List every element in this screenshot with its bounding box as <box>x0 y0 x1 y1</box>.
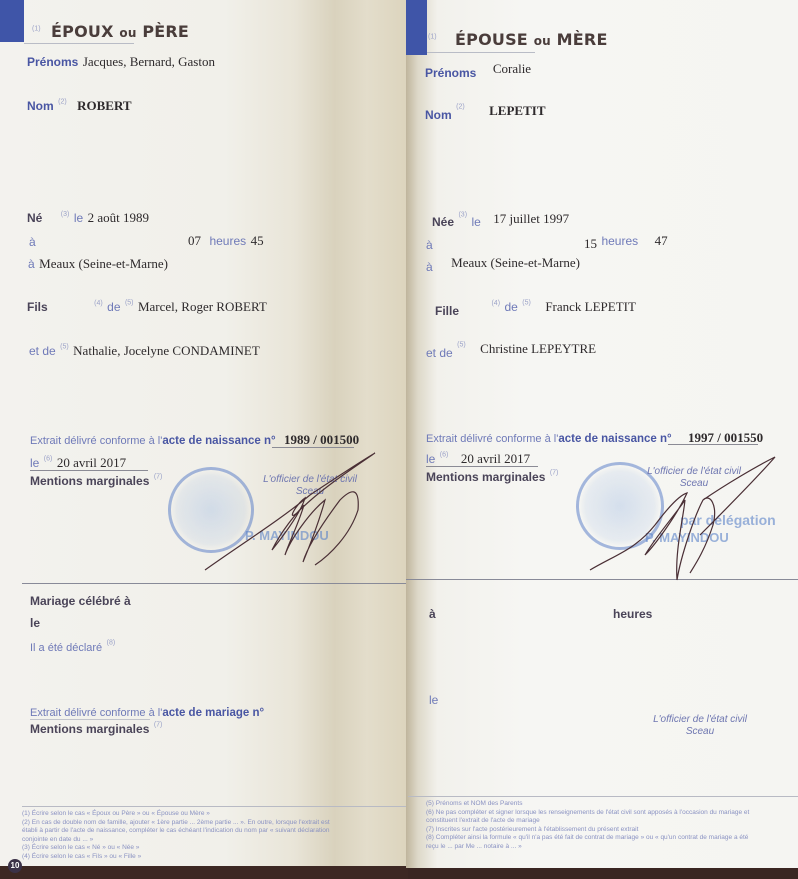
footnote-ref: (7) <box>154 722 163 729</box>
nom-value: LEPETIT <box>489 103 545 118</box>
footnote-ref: (3) <box>458 212 467 219</box>
a-label: à <box>28 257 35 271</box>
heading-alt: MÈRE <box>557 30 608 49</box>
epoux-heure: 07 heures 45 <box>188 232 264 250</box>
footnotes-left: (1) Écrire selon le cas « Époux ou Père … <box>22 810 330 861</box>
footnote: (3) Écrire selon le cas « Né » ou « Née … <box>22 844 330 853</box>
footnote: (1) Écrire selon le cas « Époux ou Père … <box>22 810 330 819</box>
title-rule <box>24 43 134 44</box>
epoux-lieu: à Meaux (Seine-et-Marne) <box>28 255 168 273</box>
nom-label: Nom <box>425 108 452 122</box>
heading-ou: ou <box>119 26 136 40</box>
birth-hour: 07 <box>188 233 201 248</box>
mariage-a-label: à <box>429 607 436 621</box>
footnote-ref: (1) <box>32 26 41 33</box>
acte-numero-underline <box>272 447 354 448</box>
heures-label: heures <box>209 234 246 248</box>
ne-label: Née <box>432 215 454 229</box>
acte-label: acte de naissance n° <box>162 435 275 447</box>
footnote-ref: (7) <box>154 474 163 481</box>
et-de-label: et de <box>426 346 453 360</box>
footnote-ref: (7) <box>550 470 559 477</box>
epoux-mentions: Mentions marginales (7) <box>30 472 162 490</box>
mariage-officer-block: L'officier de l'état civil Sceau <box>640 714 760 738</box>
mentions-label: Mentions marginales <box>30 722 149 736</box>
sceau-label: Sceau <box>640 726 760 738</box>
father-name: Franck LEPETIT <box>545 299 636 314</box>
de-label: de <box>107 300 120 314</box>
le-label: le <box>471 215 480 229</box>
mentions-label: Mentions marginales <box>426 470 545 484</box>
le-label: le <box>426 452 435 466</box>
mariage-mentions: Mentions marginales (7) <box>30 720 162 738</box>
acte-numero: 1997 / 001550 <box>688 430 763 445</box>
footnote: (5) Prénoms et NOM des Parents <box>426 800 749 809</box>
filiation-label: Fils <box>27 300 48 314</box>
officer-label: L'officier de l'état civil <box>640 714 760 726</box>
footnote-ref: (4) <box>491 300 500 307</box>
footnote-ref: (2) <box>456 104 465 111</box>
a-label: à <box>29 235 36 249</box>
epouse-heading: (1) ÉPOUSE ou MÈRE <box>428 30 608 50</box>
a-label: à <box>426 260 433 274</box>
mother-name: Nathalie, Jocelyne CONDAMINET <box>73 343 260 358</box>
acte-numero: 1989 / 001500 <box>284 432 359 447</box>
footnote: reçu le ... par Me ... notaire à ... » <box>426 843 749 852</box>
page-number: 10 <box>8 859 22 873</box>
footnote-ref: (6) <box>44 456 53 463</box>
footnote-ref: (4) <box>94 300 103 307</box>
epouse-filiation: Fille (4) de (5) Franck LEPETIT <box>435 298 636 318</box>
footnote-ref: (5) <box>522 300 531 307</box>
footnote: (7) Inscrites sur l'acte postérieurement… <box>426 826 749 835</box>
birth-place: Meaux (Seine-et-Marne) <box>39 256 168 271</box>
filiation-label: Fille <box>435 304 459 318</box>
footnote: (8) Compléter ainsi la formule « qu'il n… <box>426 834 749 843</box>
epoux-filiation: Fils (4) de (5) Marcel, Roger ROBERT <box>27 298 267 316</box>
footnote: conjointe en date du ... » <box>22 836 330 845</box>
footnote-ref: (5) <box>60 344 69 351</box>
declare-label: Il a été déclaré <box>30 642 102 654</box>
epouse-nom: Nom (2) LEPETIT <box>425 102 546 122</box>
section-divider-left <box>22 583 406 584</box>
le-label: le <box>74 211 83 225</box>
extrait-label: Extrait délivré conforme à l' <box>30 435 162 447</box>
footnote: constituent l'extrait de l'acte de maria… <box>426 817 749 826</box>
mariage-le2-label: le <box>429 693 438 707</box>
signature-right <box>585 455 780 590</box>
acte-numero-underline <box>668 444 758 445</box>
footnote-ref: (2) <box>58 99 67 106</box>
signature-left <box>200 450 380 575</box>
birth-hour: 15 <box>584 236 597 251</box>
birth-place: Meaux (Seine-et-Marne) <box>451 255 580 270</box>
epouse-lieu: à Meaux (Seine-et-Marne) <box>426 254 580 274</box>
accent-tab-left <box>0 0 24 42</box>
father-name: Marcel, Roger ROBERT <box>138 299 267 314</box>
epouse-heure: 15 heures 47 <box>584 232 668 252</box>
extrait-label: Extrait délivré conforme à l' <box>30 707 162 719</box>
delivery-date: 20 avril 2017 <box>461 451 530 466</box>
date-underline <box>426 466 538 467</box>
acte-label: acte de naissance n° <box>558 433 671 445</box>
extrait-label: Extrait délivré conforme à l' <box>426 433 558 445</box>
mariage-celebre-label: Mariage célébré à <box>30 594 131 608</box>
epoux-nom: Nom (2) ROBERT <box>27 97 132 115</box>
birth-minutes: 45 <box>251 233 264 248</box>
birth-date: 17 juillet 1997 <box>493 211 569 226</box>
footnote-ref: (1) <box>428 34 437 41</box>
mariage-heures-label: heures <box>613 607 652 621</box>
table-surface <box>0 866 408 879</box>
birth-minutes: 47 <box>655 233 668 248</box>
ne-label: Né <box>27 211 42 225</box>
epoux-naissance: Né (3) le 2 août 1989 <box>27 209 149 227</box>
heures-label: heures <box>601 234 638 248</box>
nom-label: Nom <box>27 99 54 113</box>
prenoms-value: Coralie <box>493 61 531 76</box>
heading-ou: ou <box>534 34 551 48</box>
footnote-ref: (5) <box>457 342 466 349</box>
prenoms-label: Prénoms <box>425 66 476 80</box>
acte-mariage-label: acte de mariage n° <box>162 707 264 719</box>
de-label: de <box>504 300 517 314</box>
accent-tab-right <box>406 0 427 55</box>
prenoms-label: Prénoms <box>27 55 78 69</box>
footnotes-right: (5) Prénoms et NOM des Parents (6) Ne pa… <box>426 800 749 851</box>
mariage-le-label: le <box>30 616 40 630</box>
epouse-mentions: Mentions marginales (7) <box>426 468 558 486</box>
epouse-prenoms: Prénoms Coralie <box>425 60 531 80</box>
footnote: établi à partir de l'acte de naissance, … <box>22 827 330 836</box>
footnote: (4) Écrire selon le cas « Fils » ou « Fi… <box>22 853 330 862</box>
heading-main: ÉPOUSE <box>455 30 528 49</box>
title-rule <box>427 52 535 53</box>
epouse-naissance: Née (3) le 17 juillet 1997 <box>432 210 569 229</box>
epoux-heading: (1) ÉPOUX ou PÈRE <box>32 22 189 42</box>
nom-value: ROBERT <box>77 98 131 113</box>
footnote-ref: (3) <box>61 211 70 218</box>
footnote-ref: (5) <box>125 300 134 307</box>
prenoms-value: Jacques, Bernard, Gaston <box>83 54 215 69</box>
footnote: (2) En cas de double nom de famille, ajo… <box>22 819 330 828</box>
le-label: le <box>30 456 39 470</box>
et-de-label: et de <box>29 344 56 358</box>
date-underline <box>30 470 148 471</box>
footnote: (6) Ne pas compléter et signer lorsque l… <box>426 809 749 818</box>
birth-date: 2 août 1989 <box>88 210 149 225</box>
mother-name: Christine LEPEYTRE <box>480 341 596 356</box>
heading-alt: PÈRE <box>142 22 189 41</box>
epouse-mere: et de (5) Christine LEPEYTRE <box>426 340 596 360</box>
footnote-divider-right <box>408 796 798 797</box>
heading-main: ÉPOUX <box>51 22 114 41</box>
footnote-ref: (8) <box>107 640 116 647</box>
footnote-divider-left <box>22 806 406 807</box>
mentions-label: Mentions marginales <box>30 474 149 488</box>
epoux-mere: et de (5) Nathalie, Jocelyne CONDAMINET <box>29 342 260 360</box>
footnote-ref: (6) <box>440 452 449 459</box>
epoux-prenoms: Prénoms Jacques, Bernard, Gaston <box>27 53 215 71</box>
delivery-date: 20 avril 2017 <box>57 455 126 470</box>
mariage-declare: Il a été déclaré (8) <box>30 638 115 656</box>
a-label: à <box>426 238 433 252</box>
